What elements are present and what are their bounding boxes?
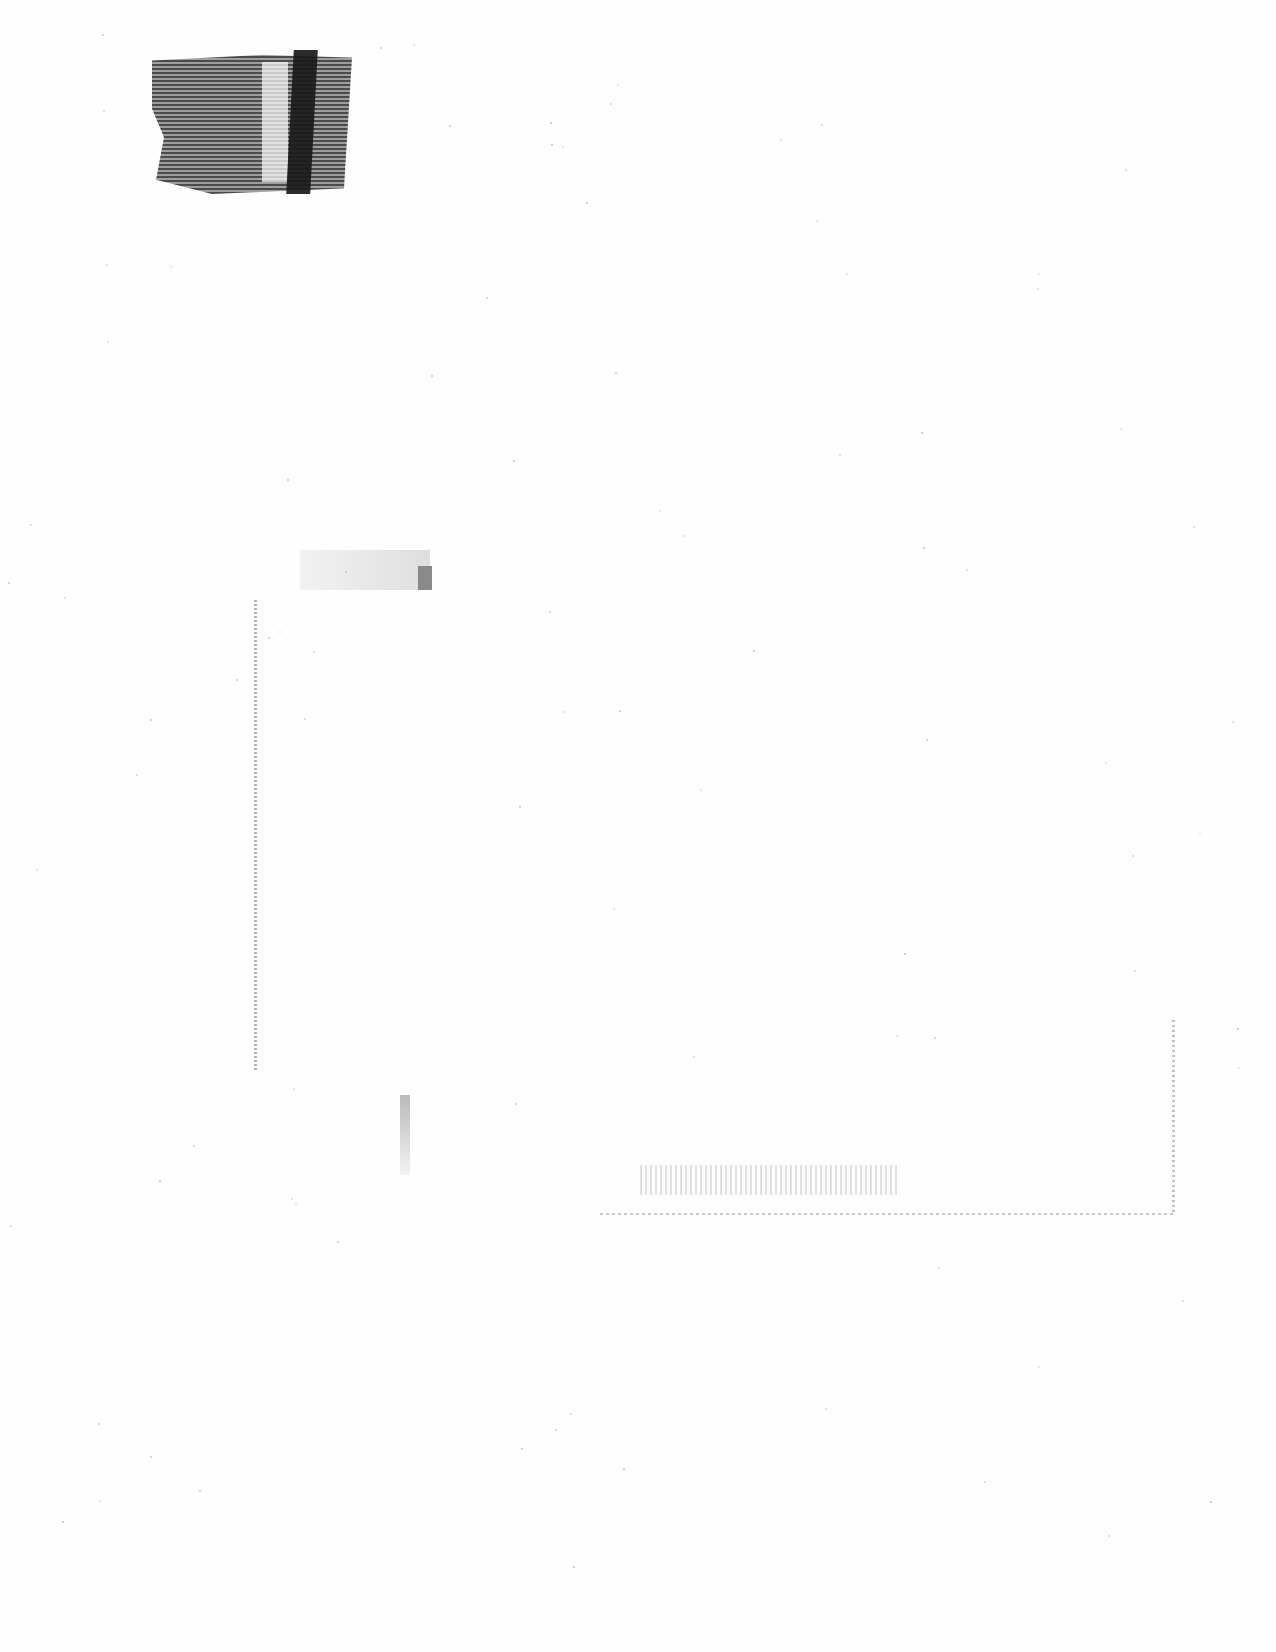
speck [98, 1423, 100, 1425]
speck [1108, 1535, 1110, 1537]
speck [1134, 970, 1136, 972]
speck [1037, 288, 1039, 290]
speck [1210, 1501, 1212, 1503]
speck [103, 110, 105, 112]
scribble-mark [152, 52, 352, 194]
speck [984, 1481, 986, 1483]
speck [1193, 526, 1195, 528]
speck [106, 264, 108, 266]
speck [753, 650, 755, 652]
speck [550, 122, 552, 124]
speck [700, 789, 702, 791]
speck [923, 547, 925, 549]
speck [570, 1413, 572, 1415]
speck [1238, 1067, 1240, 1069]
speck [1237, 1028, 1239, 1030]
speck [8, 582, 10, 584]
speck [199, 1490, 201, 1492]
speck [337, 1241, 339, 1243]
speck [313, 651, 315, 653]
speck [780, 139, 782, 141]
speck [345, 571, 347, 573]
speck [431, 375, 433, 377]
speck [966, 569, 968, 571]
speck [555, 1429, 557, 1431]
speck [573, 1566, 575, 1568]
speck [36, 869, 38, 871]
speck [293, 1088, 295, 1090]
speck [562, 146, 564, 148]
speck [659, 510, 661, 512]
speck [896, 1035, 898, 1037]
speck [693, 1056, 695, 1058]
speck [268, 637, 270, 639]
speck [846, 273, 848, 275]
speck [449, 125, 451, 127]
frame-right-edge [1172, 1020, 1175, 1215]
speck [279, 631, 281, 633]
speck [159, 1180, 161, 1182]
speck [615, 372, 617, 374]
speck [1232, 721, 1234, 723]
speck [1199, 833, 1201, 835]
speck [102, 34, 104, 36]
speck [1132, 855, 1134, 857]
speck [193, 1145, 195, 1147]
speck [10, 1225, 12, 1227]
speck [563, 711, 565, 713]
speck [304, 718, 306, 720]
frame-corner-mark [400, 1095, 410, 1175]
speck [413, 44, 415, 46]
scanned-page [0, 0, 1276, 1652]
speck [825, 1408, 827, 1410]
speck [1125, 169, 1127, 171]
speck [150, 719, 152, 721]
speck [816, 220, 818, 222]
speck [1105, 762, 1107, 764]
speck [1182, 1300, 1184, 1302]
speck [30, 524, 32, 526]
speck [380, 47, 382, 49]
speck [613, 908, 615, 910]
speck [287, 479, 289, 481]
speck [586, 202, 588, 204]
speck [513, 460, 515, 462]
speck [486, 297, 488, 299]
speck [938, 1267, 940, 1269]
speck [839, 454, 841, 456]
speck [99, 1500, 101, 1502]
speck [519, 806, 521, 808]
speck [62, 1521, 64, 1523]
speck [821, 124, 823, 126]
speck [1038, 1366, 1040, 1368]
speck [150, 1456, 152, 1458]
speck [236, 679, 238, 681]
speck [170, 266, 172, 268]
dark-smudge [418, 566, 432, 590]
speck [619, 710, 621, 712]
speck [549, 611, 551, 613]
speck [904, 953, 906, 955]
scan-noise-strip [640, 1165, 900, 1195]
speck [623, 1468, 625, 1470]
speck [1038, 273, 1040, 275]
speck [926, 739, 928, 741]
speck [934, 1037, 936, 1039]
speck [515, 1103, 517, 1105]
speck [617, 84, 619, 86]
speck [683, 535, 685, 537]
speck [1120, 428, 1122, 430]
speck [521, 1448, 523, 1450]
speck [136, 774, 138, 776]
speck [64, 597, 66, 599]
speck [107, 341, 109, 343]
speck [551, 144, 553, 146]
gray-smudge [300, 550, 430, 590]
speck [610, 103, 612, 105]
speck [291, 1198, 293, 1200]
frame-left-edge [254, 600, 257, 1070]
speck [295, 1203, 297, 1205]
scribble-gap [262, 62, 288, 182]
frame-bottom-edge [600, 1213, 1175, 1215]
speck [921, 432, 923, 434]
